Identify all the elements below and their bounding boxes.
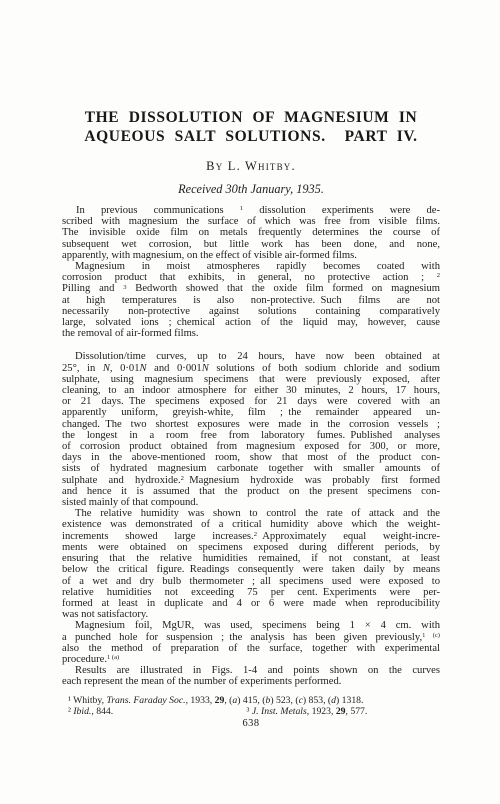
footnote-segment: ) 415, (: [237, 695, 265, 706]
text-line: changed. The two shortest exposures were…: [62, 419, 440, 430]
text-line: sulphate and hydroxide.2 Magnesium hydro…: [62, 475, 440, 486]
text-line: the longest in a room free from laborato…: [62, 430, 440, 441]
footnote-2: ² Ibid., 844.: [68, 706, 247, 717]
article-body: In previous communications 1 dissolution…: [62, 205, 440, 688]
text-line: ments were obtained on specimens exposed…: [62, 542, 440, 553]
text-line: procedure.1 (a): [62, 654, 440, 665]
text-line: Magnesium in moist atmospheres rapidly b…: [62, 261, 440, 272]
text-line: of corrosion product obtained from magne…: [62, 441, 440, 452]
footnote-segment: 29: [336, 706, 346, 717]
text-line: apparently uniform, greyish-white, film …: [62, 407, 440, 418]
text-line: subsequent wet corrosion, but little wor…: [62, 239, 440, 250]
text-line: apparently, with magnesium, on the effec…: [62, 250, 440, 261]
footnote-segment: ¹ Whitby,: [68, 695, 106, 706]
text-line: a punched hole for suspension ; the anal…: [62, 632, 440, 643]
footnote-3: ³ J. Inst. Metals, 1923, 29, 577.: [247, 706, 368, 717]
footnote-1: ¹ Whitby, Trans. Faraday Soc., 1933, 29,…: [62, 695, 440, 706]
paragraph: Dissolution/time curves, up to 24 hours,…: [62, 351, 440, 508]
text-line: below the critical figure. Readings cons…: [62, 564, 440, 575]
text-line: each represent the mean of the number of…: [62, 676, 440, 687]
paragraph: The relative humidity was shown to contr…: [62, 508, 440, 620]
text-line: sisted mainly of that compound.: [62, 497, 440, 508]
text-line: cleaning, to an indoor atmosphere for ei…: [62, 385, 440, 396]
text-line: ensuring that the relative humidities re…: [62, 553, 440, 564]
footnote-segment: , 1933,: [186, 695, 215, 706]
paragraph: Results are illustrated in Figs. 1-4 and…: [62, 665, 440, 687]
page-number: 638: [62, 718, 440, 729]
footnote-segment: Ibid.: [73, 706, 91, 717]
footnote-segment: Trans. Faraday Soc.: [106, 695, 185, 706]
footnote-segment: , 577.: [346, 706, 368, 717]
footnote-segment: ) 523, (: [270, 695, 298, 706]
byline: By L. Whitby.: [62, 159, 440, 173]
footnote-segment: ) 1318.: [336, 695, 363, 706]
text-line: or 21 days. The specimens exposed for 21…: [62, 396, 440, 407]
text-line: 25°, in N, 0·01N and 0·001N solutions of…: [62, 363, 440, 374]
text-line: Magnesium foil, MgUR, was used, specimen…: [62, 620, 440, 631]
text-line: formed at least in duplicate and 4 or 6 …: [62, 598, 440, 609]
text-line: Results are illustrated in Figs. 1-4 and…: [62, 665, 440, 676]
footnotes: ¹ Whitby, Trans. Faraday Soc., 1933, 29,…: [62, 695, 440, 718]
text-line: sulphate, using magnesium specimens that…: [62, 374, 440, 385]
text-line: relative humidities not exceeding 75 per…: [62, 587, 440, 598]
article-title: THE DISSOLUTION OF MAGNESIUM IN AQUEOUS …: [62, 108, 440, 146]
text-line: In previous communications 1 dissolution…: [62, 205, 440, 216]
title-line-1: THE DISSOLUTION OF MAGNESIUM IN: [62, 108, 440, 127]
text-line: Dissolution/time curves, up to 24 hours,…: [62, 351, 440, 362]
text-line: was not satisfactory.: [62, 609, 440, 620]
paragraph: In previous communications 1 dissolution…: [62, 205, 440, 261]
title-line-2: AQUEOUS SALT SOLUTIONS. PART IV.: [62, 127, 440, 146]
text-line: at high temperatures is also non-protect…: [62, 295, 440, 306]
text-line: increments showed large increases.2 Appr…: [62, 531, 440, 542]
footnote-segment: , 1923,: [307, 706, 336, 717]
text-line: also the method of preparation of the su…: [62, 643, 440, 654]
footnote-segment: , 844.: [91, 706, 113, 717]
text-line: The invisible oxide film on metals frequ…: [62, 227, 440, 238]
text-line: scribed with magnesium the surface of wh…: [62, 216, 440, 227]
footnote-segment: 29: [215, 695, 225, 706]
text-line: existence was demonstrated of a critical…: [62, 519, 440, 530]
text-line: necessarily non-protective against solut…: [62, 306, 440, 317]
text-line: large, solvated ions ; chemical action o…: [62, 317, 440, 328]
paragraph: Magnesium in moist atmospheres rapidly b…: [62, 261, 440, 339]
journal-page: THE DISSOLUTION OF MAGNESIUM IN AQUEOUS …: [0, 0, 500, 804]
text-line: The relative humidity was shown to contr…: [62, 508, 440, 519]
footnote-segment: J. Inst. Metals: [252, 706, 307, 717]
text-line: of a wet and dry bulb thermometer ; all …: [62, 576, 440, 587]
text-line: the removal of air-formed films.: [62, 328, 440, 339]
text-line: Pilling and 3 Bedworth showed that the o…: [62, 283, 440, 294]
text-line: sists of hydrated magnesium carbonate to…: [62, 463, 440, 474]
footnote-segment: ) 853, (: [303, 695, 331, 706]
paragraph: Magnesium foil, MgUR, was used, specimen…: [62, 620, 440, 665]
received-date: Received 30th January, 1935.: [62, 182, 440, 196]
text-line: corrosion product that exhibits, in gene…: [62, 272, 440, 283]
footnote-row-2: ² Ibid., 844. ³ J. Inst. Metals, 1923, 2…: [62, 706, 440, 717]
text-line: days in the above-mentioned room, show t…: [62, 452, 440, 463]
text-line: and hence it is assumed that the product…: [62, 486, 440, 497]
